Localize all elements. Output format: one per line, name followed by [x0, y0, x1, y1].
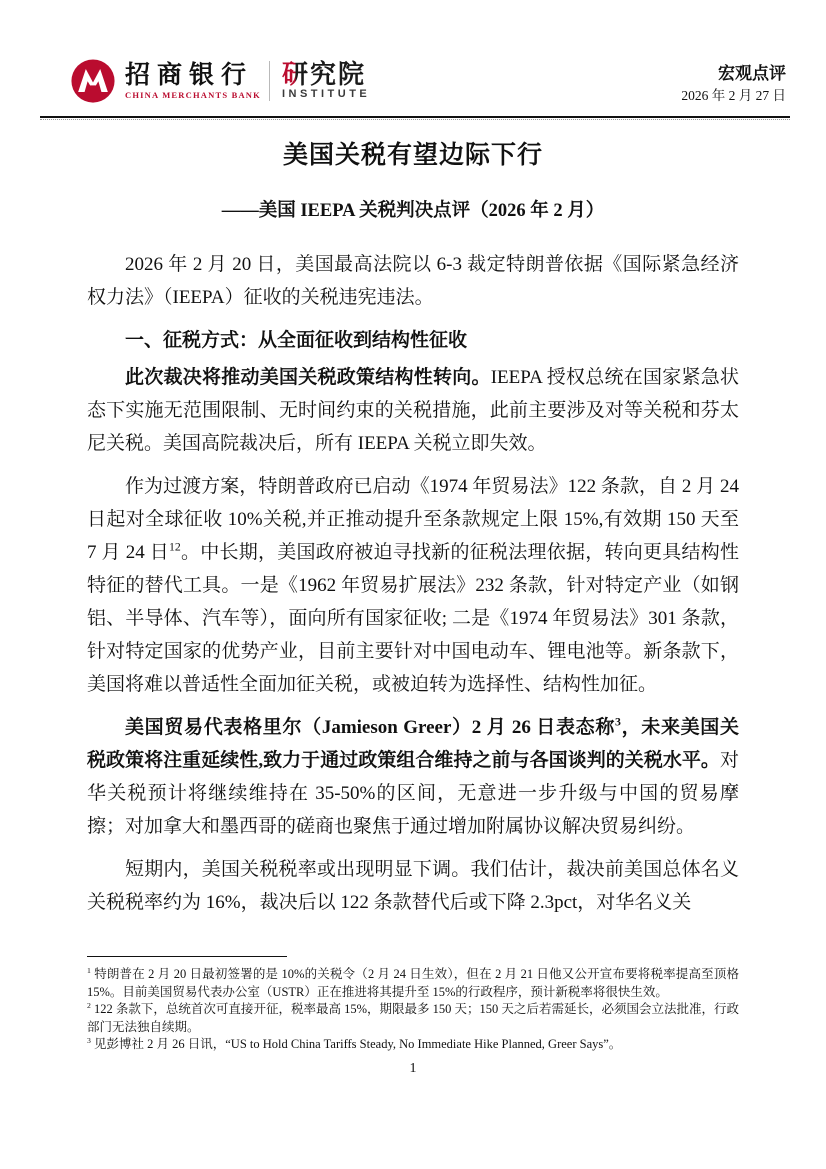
report-date: 2026 年 2 月 27 日	[681, 86, 786, 105]
institute-name-cn: 研究院	[282, 61, 370, 88]
institute-name-cn-accent: 研	[282, 59, 310, 89]
footnote-separator	[87, 956, 287, 957]
bank-name-cn: 招商银行	[125, 62, 261, 89]
footnote-area: 1 特朗普在 2 月 20 日最初签署的是 10%的关税令（2 月 24 日生效…	[87, 956, 739, 1077]
page-number: 1	[87, 1061, 739, 1077]
institute-block: 研究院 INSTITUTE	[282, 61, 370, 101]
footnote-2-marker: 2	[87, 1001, 91, 1010]
bank-name-block: 招商银行 CHINA MERCHANTS BANK	[125, 62, 261, 101]
paragraph-greer-statement: 美国贸易代表格里尔（Jamieson Greer）2 月 26 日表态称3，未来…	[87, 711, 739, 843]
page-subtitle: ——美国 IEEPA 关税判决点评（2026 年 2 月）	[87, 199, 739, 223]
paragraph-ruling-intro: 2026 年 2 月 20 日，美国最高法院以 6-3 裁定特朗普依据《国际紧急…	[87, 248, 739, 314]
footnote-ref-1-2: 12	[169, 541, 181, 554]
footnote-3: 3 见彭博社 2 月 26 日讯，“US to Hold China Tarif…	[87, 1036, 739, 1054]
report-header: 招商银行 CHINA MERCHANTS BANK 研究院 INSTITUTE …	[70, 58, 786, 105]
report-type-label: 宏观点评	[681, 64, 786, 84]
footnote-3-text: 见彭博社 2 月 26 日讯，“US to Hold China Tariffs…	[94, 1037, 621, 1051]
brand-block: 招商银行 CHINA MERCHANTS BANK 研究院 INSTITUTE	[70, 58, 370, 104]
header-rule	[40, 116, 790, 120]
paragraph-short-term-outlook: 短期内，美国关税税率或出现明显下调。我们估计，裁决前美国总体名义关税税率约为 1…	[87, 853, 739, 919]
brand-divider	[269, 61, 270, 101]
page-title: 美国关税有望边际下行	[87, 140, 739, 170]
footnote-3-marker: 3	[87, 1036, 91, 1045]
bold-greer-a: 美国贸易代表格里尔（Jamieson Greer）2 月 26 日表态称	[125, 717, 615, 738]
paragraph-transition-plan-b: 。中长期，美国政府被迫寻找新的征税法理依据，转向更具结构性特征的替代工具。一是《…	[87, 542, 739, 695]
footnote-1-text: 特朗普在 2 月 20 日最初签署的是 10%的关税令（2 月 24 日生效），…	[87, 967, 739, 999]
institute-name-en: INSTITUTE	[282, 88, 370, 101]
section-heading-1: 一、征税方式：从全面征收到结构性征收	[87, 324, 739, 357]
bold-lead-sentence: 此次裁决将推动美国关税政策结构性转向。	[125, 367, 491, 388]
report-page: 招商银行 CHINA MERCHANTS BANK 研究院 INSTITUTE …	[0, 0, 826, 1169]
footnote-1: 1 特朗普在 2 月 20 日最初签署的是 10%的关税令（2 月 24 日生效…	[87, 966, 739, 1001]
footnote-1-marker: 1	[87, 966, 91, 975]
institute-name-cn-rest: 究院	[310, 59, 366, 89]
paragraph-structural-shift: 此次裁决将推动美国关税政策结构性转向。IEEPA 授权总统在国家紧急状态下实施无…	[87, 361, 739, 460]
cmb-logo-icon	[70, 58, 116, 104]
bank-name-en: CHINA MERCHANTS BANK	[125, 89, 261, 101]
footnote-2-text: 122 条款下，总统首次可直接开征，税率最高 15%，期限最多 150 天；15…	[87, 1002, 739, 1034]
report-body: 美国关税有望边际下行 ——美国 IEEPA 关税判决点评（2026 年 2 月）…	[87, 140, 739, 929]
footnote-2: 2 122 条款下，总统首次可直接开征，税率最高 15%，期限最多 150 天；…	[87, 1001, 739, 1036]
header-meta: 宏观点评 2026 年 2 月 27 日	[681, 58, 786, 105]
paragraph-transition-plan: 作为过渡方案，特朗普政府已启动《1974 年贸易法》122 条款，自 2 月 2…	[87, 470, 739, 701]
